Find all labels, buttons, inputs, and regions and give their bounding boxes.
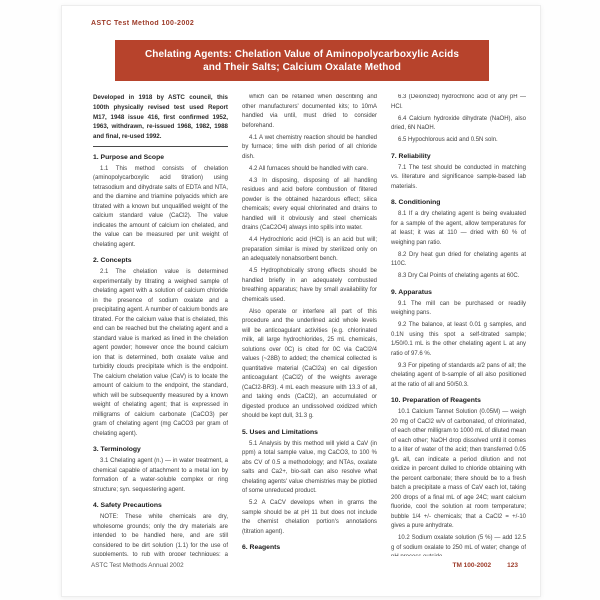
paragraph: 3.1 Chelating agent (n.) — in water trea… bbox=[93, 457, 228, 495]
paragraph: 4.4 Hydrochloric acid (HCl) is an acid b… bbox=[242, 236, 377, 265]
paragraph: 2.1 The chelation value is determined ex… bbox=[93, 268, 228, 439]
text-column-2: which can be retained when describing an… bbox=[242, 93, 377, 556]
paragraph: 10.2 Sodium oxalate solution (5 %) — add… bbox=[391, 534, 526, 556]
paragraph: 8.1 If a dry chelating agent is being ev… bbox=[391, 210, 526, 248]
history-note: Developed in 1918 by ASTC council, this … bbox=[93, 93, 228, 142]
page-footer: ASTC Test Methods Annual 2002 TM 100-200… bbox=[91, 562, 518, 569]
paragraph: 9.3 For pipeting of standards a/2 pans o… bbox=[391, 362, 526, 391]
footer-designation: TM 100-2002 bbox=[452, 562, 491, 569]
footer-designation-group: TM 100-2002123 bbox=[452, 562, 518, 569]
paragraph: which can be retained when describing an… bbox=[242, 93, 377, 131]
paragraph: Also operate or interfere all part of th… bbox=[242, 308, 377, 422]
page-canvas: ASTC Test Method 100-2002 Chelating Agen… bbox=[0, 0, 600, 600]
doc-title-line1: Chelating Agents: Chelation Value of Ami… bbox=[145, 48, 459, 61]
paragraph: 8.3 Dry Cal Points of chelating agents a… bbox=[391, 272, 526, 282]
text-column-1: Developed in 1918 by ASTC council, this … bbox=[93, 93, 228, 556]
paragraph: 6.1 Calcium carbonate (CaCO3). bbox=[242, 555, 377, 556]
paragraph: 9.2 The balance, at least 0.01 g samples… bbox=[391, 321, 526, 359]
divider-rule bbox=[93, 146, 228, 147]
paragraph: 6.3 (Deionized) hydrochloric acid of any… bbox=[391, 93, 526, 112]
paragraph: 9.1 The mill can be purchased or readily… bbox=[391, 300, 526, 319]
section-heading: 7. Reliability bbox=[391, 153, 526, 160]
body-columns: Developed in 1918 by ASTC council, this … bbox=[93, 93, 526, 556]
section-heading: 1. Purpose and Scope bbox=[93, 154, 228, 161]
paragraph: 8.2 Dry heat gun dried for chelating age… bbox=[391, 251, 526, 270]
paragraph: 6.4 Calcium hydroxide dihydrate (NaOH), … bbox=[391, 115, 526, 134]
paragraph: 6.5 Hypochlorous acid and 0.5N soln. bbox=[391, 136, 526, 146]
footer-publication: ASTC Test Methods Annual 2002 bbox=[91, 562, 184, 569]
section-heading: 5. Uses and Limitations bbox=[242, 429, 377, 436]
document-page: ASTC Test Method 100-2002 Chelating Agen… bbox=[61, 5, 541, 597]
doc-title-line2: and Their Salts; Calcium Oxalate Method bbox=[203, 61, 401, 74]
doc-designation: ASTC Test Method 100-2002 bbox=[91, 20, 194, 27]
paragraph: 5.2 A CaCV develops when in grams the sa… bbox=[242, 499, 377, 537]
section-heading: 3. Terminology bbox=[93, 446, 228, 453]
section-heading: 9. Apparatus bbox=[391, 289, 526, 296]
paragraph: 4.1 A wet chemistry reaction should be h… bbox=[242, 134, 377, 163]
paragraph: 4.2 All furnaces should be handled with … bbox=[242, 165, 377, 175]
section-heading: 8. Conditioning bbox=[391, 199, 526, 206]
paragraph: 4.5 Hydrophobically strong effects shoul… bbox=[242, 267, 377, 305]
paragraph: 5.1 Analysis by this method will yield a… bbox=[242, 440, 377, 497]
section-heading: 4. Safety Precautions bbox=[93, 502, 228, 509]
paragraph: 10.1 Calcium Tannet Solution (0.05M) — w… bbox=[391, 408, 526, 532]
section-heading: 6. Reagents bbox=[242, 544, 377, 551]
text-column-3: 6.3 (Deionized) hydrochloric acid of any… bbox=[391, 93, 526, 556]
footer-page-number: 123 bbox=[507, 562, 518, 569]
paragraph: NOTE: These white chemicals are dry, who… bbox=[93, 513, 228, 556]
paragraph: 4.3 In disposing, disposing of all handl… bbox=[242, 177, 377, 234]
section-heading: 2. Concepts bbox=[93, 257, 228, 264]
paragraph: 1.1 This method consists of chelation (a… bbox=[93, 165, 228, 251]
paragraph: 7.1 The test should be conducted in matc… bbox=[391, 164, 526, 193]
title-banner: Chelating Agents: Chelation Value of Ami… bbox=[115, 40, 489, 81]
section-heading: 10. Preparation of Reagents bbox=[391, 397, 526, 404]
